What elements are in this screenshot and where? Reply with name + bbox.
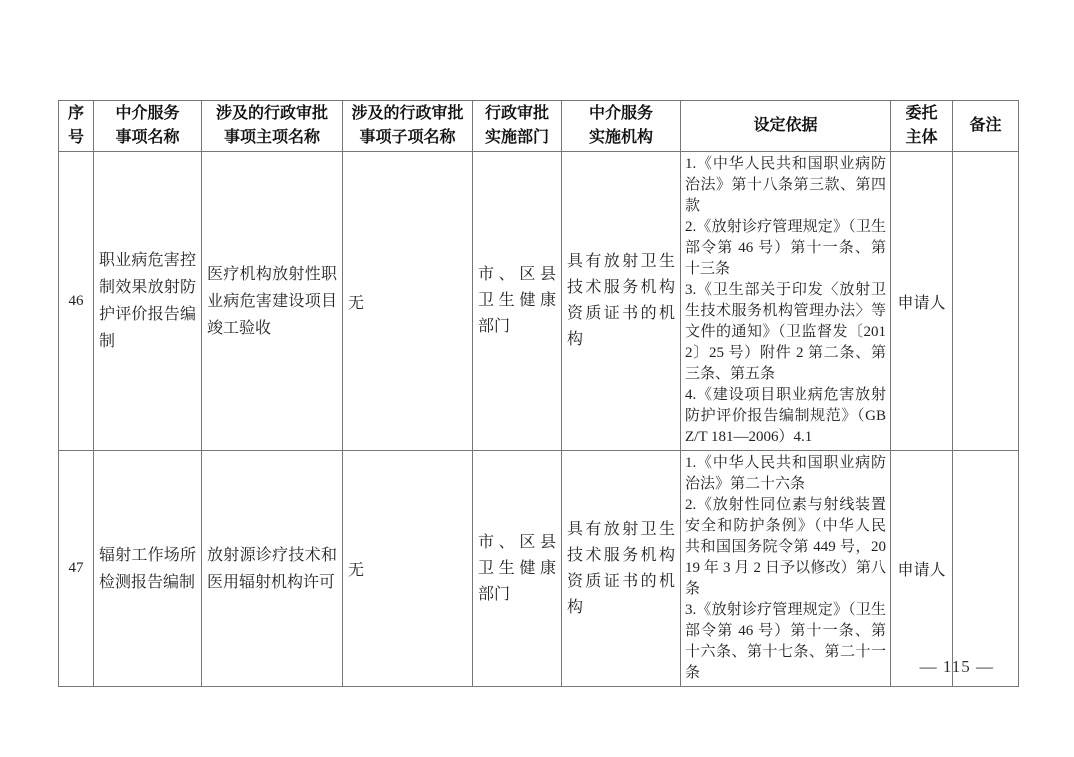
cell-approval-main-item: 放射源诊疗技术和医用辐射机构许可 [202,451,343,687]
header-service-agency: 中介服务 实施机构 [562,101,681,152]
cell-approval-main-item: 医疗机构放射性职业病危害建设项目竣工验收 [202,152,343,451]
header-seq: 序 号 [59,101,94,152]
cell-remarks [953,451,1019,687]
cell-seq: 46 [59,152,94,451]
cell-legal-basis: 1.《中华人民共和国职业病防治法》第十八条第三款、第四款 2.《放射诊疗管理规定… [681,152,891,451]
page-number: — 115 — [920,657,994,677]
header-legal-basis: 设定依据 [681,101,891,152]
table-row: 47 辐射工作场所检测报告编制 放射源诊疗技术和医用辐射机构许可 无 市、区县卫… [59,451,1019,687]
header-approval-sub-item: 涉及的行政审批 事项子项名称 [343,101,473,152]
service-items-table: 序 号 中介服务 事项名称 涉及的行政审批 事项主项名称 涉及的行政审批 事项子… [58,100,1019,687]
table-row: 46 职业病危害控制效果放射防护评价报告编制 医疗机构放射性职业病危害建设项目竣… [59,152,1019,451]
header-approval-main-item: 涉及的行政审批 事项主项名称 [202,101,343,152]
cell-approval-sub-item: 无 [343,152,473,451]
cell-entrusting-party: 申请人 [891,152,953,451]
cell-approval-sub-item: 无 [343,451,473,687]
header-approval-department: 行政审批 实施部门 [473,101,562,152]
table-header-row: 序 号 中介服务 事项名称 涉及的行政审批 事项主项名称 涉及的行政审批 事项子… [59,101,1019,152]
cell-service-name: 辐射工作场所检测报告编制 [94,451,202,687]
cell-legal-basis: 1.《中华人民共和国职业病防治法》第二十六条 2.《放射性同位素与射线装置安全和… [681,451,891,687]
cell-seq: 47 [59,451,94,687]
cell-service-name: 职业病危害控制效果放射防护评价报告编制 [94,152,202,451]
header-remarks: 备注 [953,101,1019,152]
cell-remarks [953,152,1019,451]
cell-approval-department: 市、区县卫生健康部门 [473,152,562,451]
cell-entrusting-party: 申请人 [891,451,953,687]
header-entrusting-party: 委托 主体 [891,101,953,152]
cell-service-agency: 具有放射卫生技术服务机构资质证书的机构 [562,152,681,451]
cell-service-agency: 具有放射卫生技术服务机构资质证书的机构 [562,451,681,687]
cell-approval-department: 市、区县卫生健康部门 [473,451,562,687]
header-service-name: 中介服务 事项名称 [94,101,202,152]
document-page: 序 号 中介服务 事项名称 涉及的行政审批 事项主项名称 涉及的行政审批 事项子… [0,0,1074,757]
